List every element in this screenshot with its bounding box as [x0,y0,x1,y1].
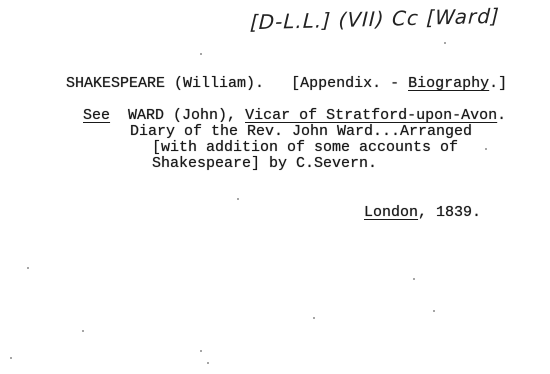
scan-speck [485,148,487,150]
see-suffix: . [497,107,506,124]
description-line-2: [with addition of some accounts of [152,140,458,156]
scan-speck [207,362,209,364]
scan-speck [200,350,202,352]
scan-speck [444,42,446,44]
scan-speck [433,310,435,312]
appendix-prefix: [Appendix. - [264,75,408,92]
scan-speck [200,53,202,55]
description-line-3: Shakespeare] by C.Severn. [152,156,377,172]
see-target-name: WARD (John), [110,107,245,124]
scan-speck [82,330,84,332]
see-word: See [83,107,110,124]
see-target-title-underlined: Vicar of Stratford-upon-Avon [245,107,497,124]
appendix-suffix: .] [489,75,507,92]
scan-speck [413,278,415,280]
catalog-card: [D-L.L.] (VII) Cc [Ward] SHAKESPEARE (Wi… [0,0,550,374]
imprint-date: , 1839. [418,204,481,221]
appendix-subject-underlined: Biography [408,75,489,92]
scan-speck [313,317,315,319]
scan-speck [10,357,12,359]
scan-speck [27,267,29,269]
heading-author: SHAKESPEARE (William). [66,75,264,92]
imprint-place-underlined: London [364,204,418,221]
scan-speck [237,198,239,200]
handwritten-shelfmark: [D-L.L.] (VII) Cc [Ward] [250,4,501,35]
description-line-1: Diary of the Rev. John Ward...Arranged [130,124,472,140]
imprint-line: London, 1839. [328,189,481,237]
